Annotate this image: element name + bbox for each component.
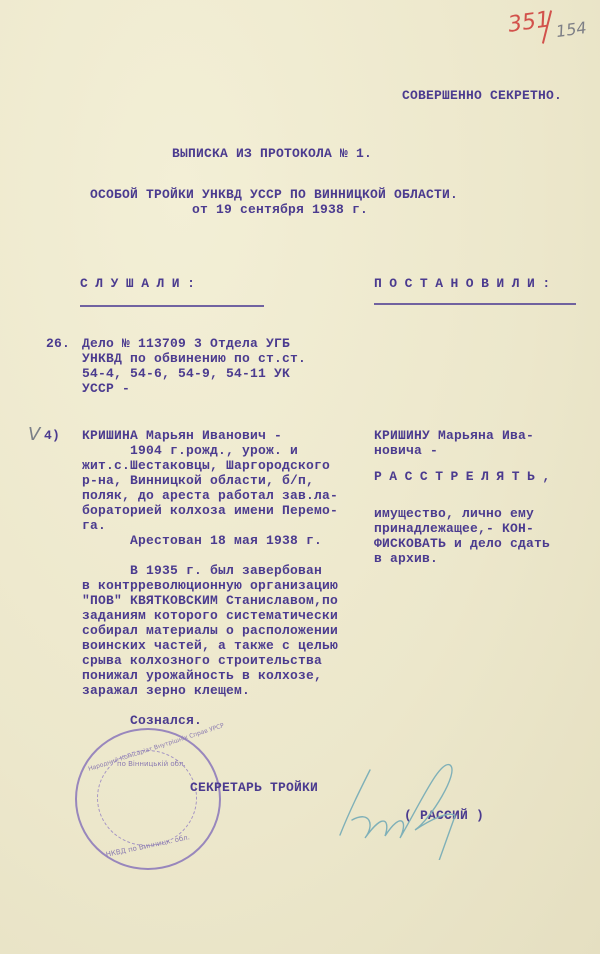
heard-text: КРИШИНА Марьян Иванович - 1904 г.рожд., … <box>82 428 338 728</box>
heading-decided: ПОСТАНОВИЛИ: <box>374 276 558 291</box>
item-label: 4) <box>44 428 60 443</box>
heard-line: га. <box>82 518 338 533</box>
secretary-label: СЕКРЕТАРЬ ТРОЙКИ <box>190 780 318 795</box>
heard-line <box>82 548 338 563</box>
seal-text-mid: по Вінницькій обл. <box>117 760 186 768</box>
heard-line: жит.с.Шестаковцы, Шаргородского <box>82 458 338 473</box>
heard-line: заражал зерно клещем. <box>82 683 338 698</box>
heard-line: КРИШИНА Марьян Иванович - <box>82 428 338 443</box>
classification-label: СОВЕРШЕННО СЕКРЕТНО. <box>402 88 562 103</box>
heard-line: р-на, Винницкой области, б/п, <box>82 473 338 488</box>
check-mark: V <box>28 424 40 445</box>
official-seal: Народний Комісаріат Внутрішніх Справ УРС… <box>75 728 221 870</box>
decided-name-line: новича - <box>374 443 534 458</box>
sentence-text: РАССТРЕЛЯТЬ, <box>374 469 558 484</box>
case-line: Дело № 113709 3 Отдела УГБ <box>82 336 306 351</box>
heard-line: 1904 г.рожд., урож. и <box>82 443 338 458</box>
heard-line: в контрреволюционную организацию <box>82 578 338 593</box>
decided-name: КРИШИНУ Марьяна Ива-новича - <box>374 428 534 458</box>
decided-line: в архив. <box>374 551 550 566</box>
signature <box>330 750 480 860</box>
heard-line: собирал материалы о расположении <box>82 623 338 638</box>
heard-line: понижал урожайность в колхозе, <box>82 668 338 683</box>
decided-rest: имущество, лично емупринадлежащее,- КОН-… <box>374 506 550 566</box>
heading-decided-underline <box>374 303 576 305</box>
heading-heard-underline <box>80 305 264 307</box>
decided-line: принадлежащее,- КОН- <box>374 521 550 536</box>
archive-number-pencil: 154 <box>555 18 588 41</box>
heading-heard: СЛУШАЛИ: <box>80 276 202 291</box>
case-description: Дело № 113709 3 Отдела УГБУНКВД по обвин… <box>82 336 306 396</box>
document-date: от 19 сентября 1938 г. <box>192 202 368 217</box>
document-subtitle: ОСОБОЙ ТРОЙКИ УНКВД УССР ПО ВИННИЦКОЙ ОБ… <box>90 187 458 202</box>
decided-name-line: КРИШИНУ Марьяна Ива- <box>374 428 534 443</box>
heard-line: бораторией колхоза имени Перемо- <box>82 503 338 518</box>
heard-line: "ПОВ" КВЯТКОВСКИМ Станиславом,по <box>82 593 338 608</box>
heard-line: воинских частей, а также с целью <box>82 638 338 653</box>
decided-line: имущество, лично ему <box>374 506 550 521</box>
heard-line: срыва колхозного строительства <box>82 653 338 668</box>
heard-line <box>82 698 338 713</box>
case-line: 54-4, 54-6, 54-9, 54-11 УК <box>82 366 306 381</box>
document-title: ВЫПИСКА ИЗ ПРОТОКОЛА № 1. <box>172 146 372 161</box>
heard-line: заданиям которого систематически <box>82 608 338 623</box>
heard-line: В 1935 г. был завербован <box>82 563 338 578</box>
heard-line: Арестован 18 мая 1938 г. <box>82 533 338 548</box>
case-line: УССР - <box>82 381 306 396</box>
heard-line: поляк, до ареста работал зав.ла- <box>82 488 338 503</box>
case-number-label: 26. <box>46 336 70 351</box>
case-line: УНКВД по обвинению по ст.ст. <box>82 351 306 366</box>
decided-line: ФИСКОВАТЬ и дело сдать <box>374 536 550 551</box>
